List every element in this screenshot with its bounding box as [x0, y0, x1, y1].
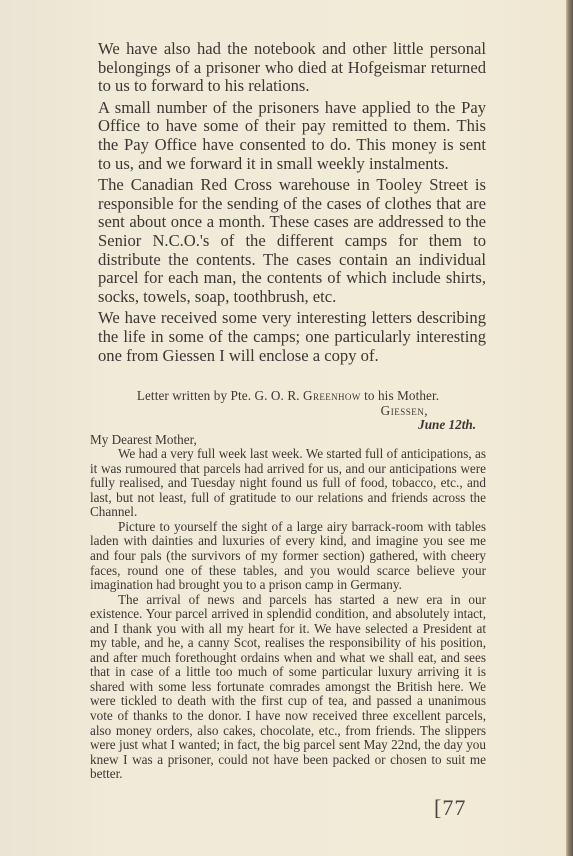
paragraph-pay-office: A small number of the prisoners have app…	[98, 99, 486, 173]
letter-excerpt: Letter written by Pte. G. O. R. Greenhow…	[90, 389, 486, 782]
letter-place: Giessen,	[90, 404, 486, 419]
letter-paragraph-full-week: We had a very full week last week. We st…	[90, 447, 486, 520]
main-body-text: We have also had the notebook and other …	[98, 40, 486, 368]
page-edge-shadow	[566, 0, 573, 856]
paragraph-belongings: We have also had the notebook and other …	[98, 40, 486, 96]
letter-heading-suffix: to his Mother.	[361, 388, 439, 403]
letter-author-name: Greenhow	[303, 388, 361, 403]
letter-paragraph-parcels: The arrival of news and parcels has star…	[90, 593, 486, 782]
letter-salutation: My Dearest Mother,	[90, 433, 486, 448]
book-page: We have also had the notebook and other …	[0, 0, 568, 856]
page-number: [77	[434, 795, 466, 821]
letter-date: June 12th.	[90, 418, 486, 433]
paragraph-red-cross-warehouse: The Canadian Red Cross warehouse in Tool…	[98, 176, 486, 306]
letter-heading: Letter written by Pte. G. O. R. Greenhow…	[90, 389, 486, 404]
paragraph-interesting-letters: We have received some very interesting l…	[98, 309, 486, 365]
letter-heading-prefix: Letter written by Pte. G. O. R.	[137, 388, 303, 403]
letter-paragraph-barrack-room: Picture to yourself the sight of a large…	[90, 520, 486, 593]
